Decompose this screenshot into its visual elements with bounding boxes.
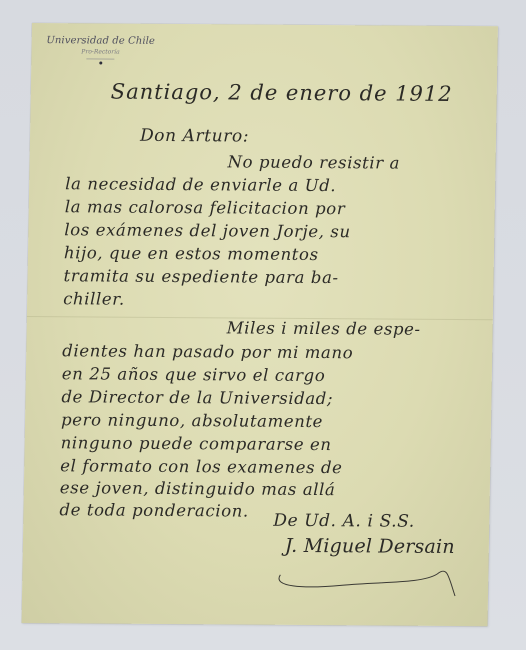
body-line: de toda ponderacion.	[59, 500, 249, 520]
body-line: la mas calorosa felicitacion por	[65, 197, 346, 218]
body-line: la necesidad de enviarle a Ud.	[65, 174, 336, 195]
body-line: en 25 años que sirvo el cargo	[62, 364, 326, 385]
body-line: tramita su espediente para ba-	[63, 266, 338, 287]
body-line: hijo, que en estos momentos	[64, 243, 319, 264]
letterhead-rule	[86, 58, 114, 59]
body-line: ninguno puede compararse en	[61, 433, 332, 454]
body-line: pero ninguno, absolutamente	[61, 410, 323, 431]
body-line: No puedo resistir a	[227, 152, 400, 172]
body-line: ese joven, distinguido mas allá	[60, 478, 336, 499]
closing: De Ud. A. i S.S.	[273, 511, 415, 532]
signature-flourish	[272, 545, 463, 598]
letterhead: Universidad de Chile Pro-Rectoría	[45, 35, 155, 65]
letterhead-office: Pro-Rectoría	[45, 48, 155, 56]
place-date: Santiago, 2 de enero de 1912	[111, 80, 453, 106]
body-line: dientes han pasado por mi mano	[62, 341, 353, 362]
letter-paper: Universidad de Chile Pro-Rectoría Santia…	[22, 23, 498, 626]
letterhead-dot	[99, 61, 102, 64]
body-line: chiller.	[63, 289, 125, 308]
body-line: los exámenes del joven Jorje, su	[64, 220, 351, 241]
body-line: de Director de la Universidad;	[61, 387, 333, 408]
greeting: Don Arturo:	[140, 126, 249, 147]
letterhead-institution: Universidad de Chile	[46, 35, 156, 47]
body-line: el formato con los examenes de	[60, 456, 343, 477]
body-line: Miles i miles de espe-	[227, 318, 421, 338]
